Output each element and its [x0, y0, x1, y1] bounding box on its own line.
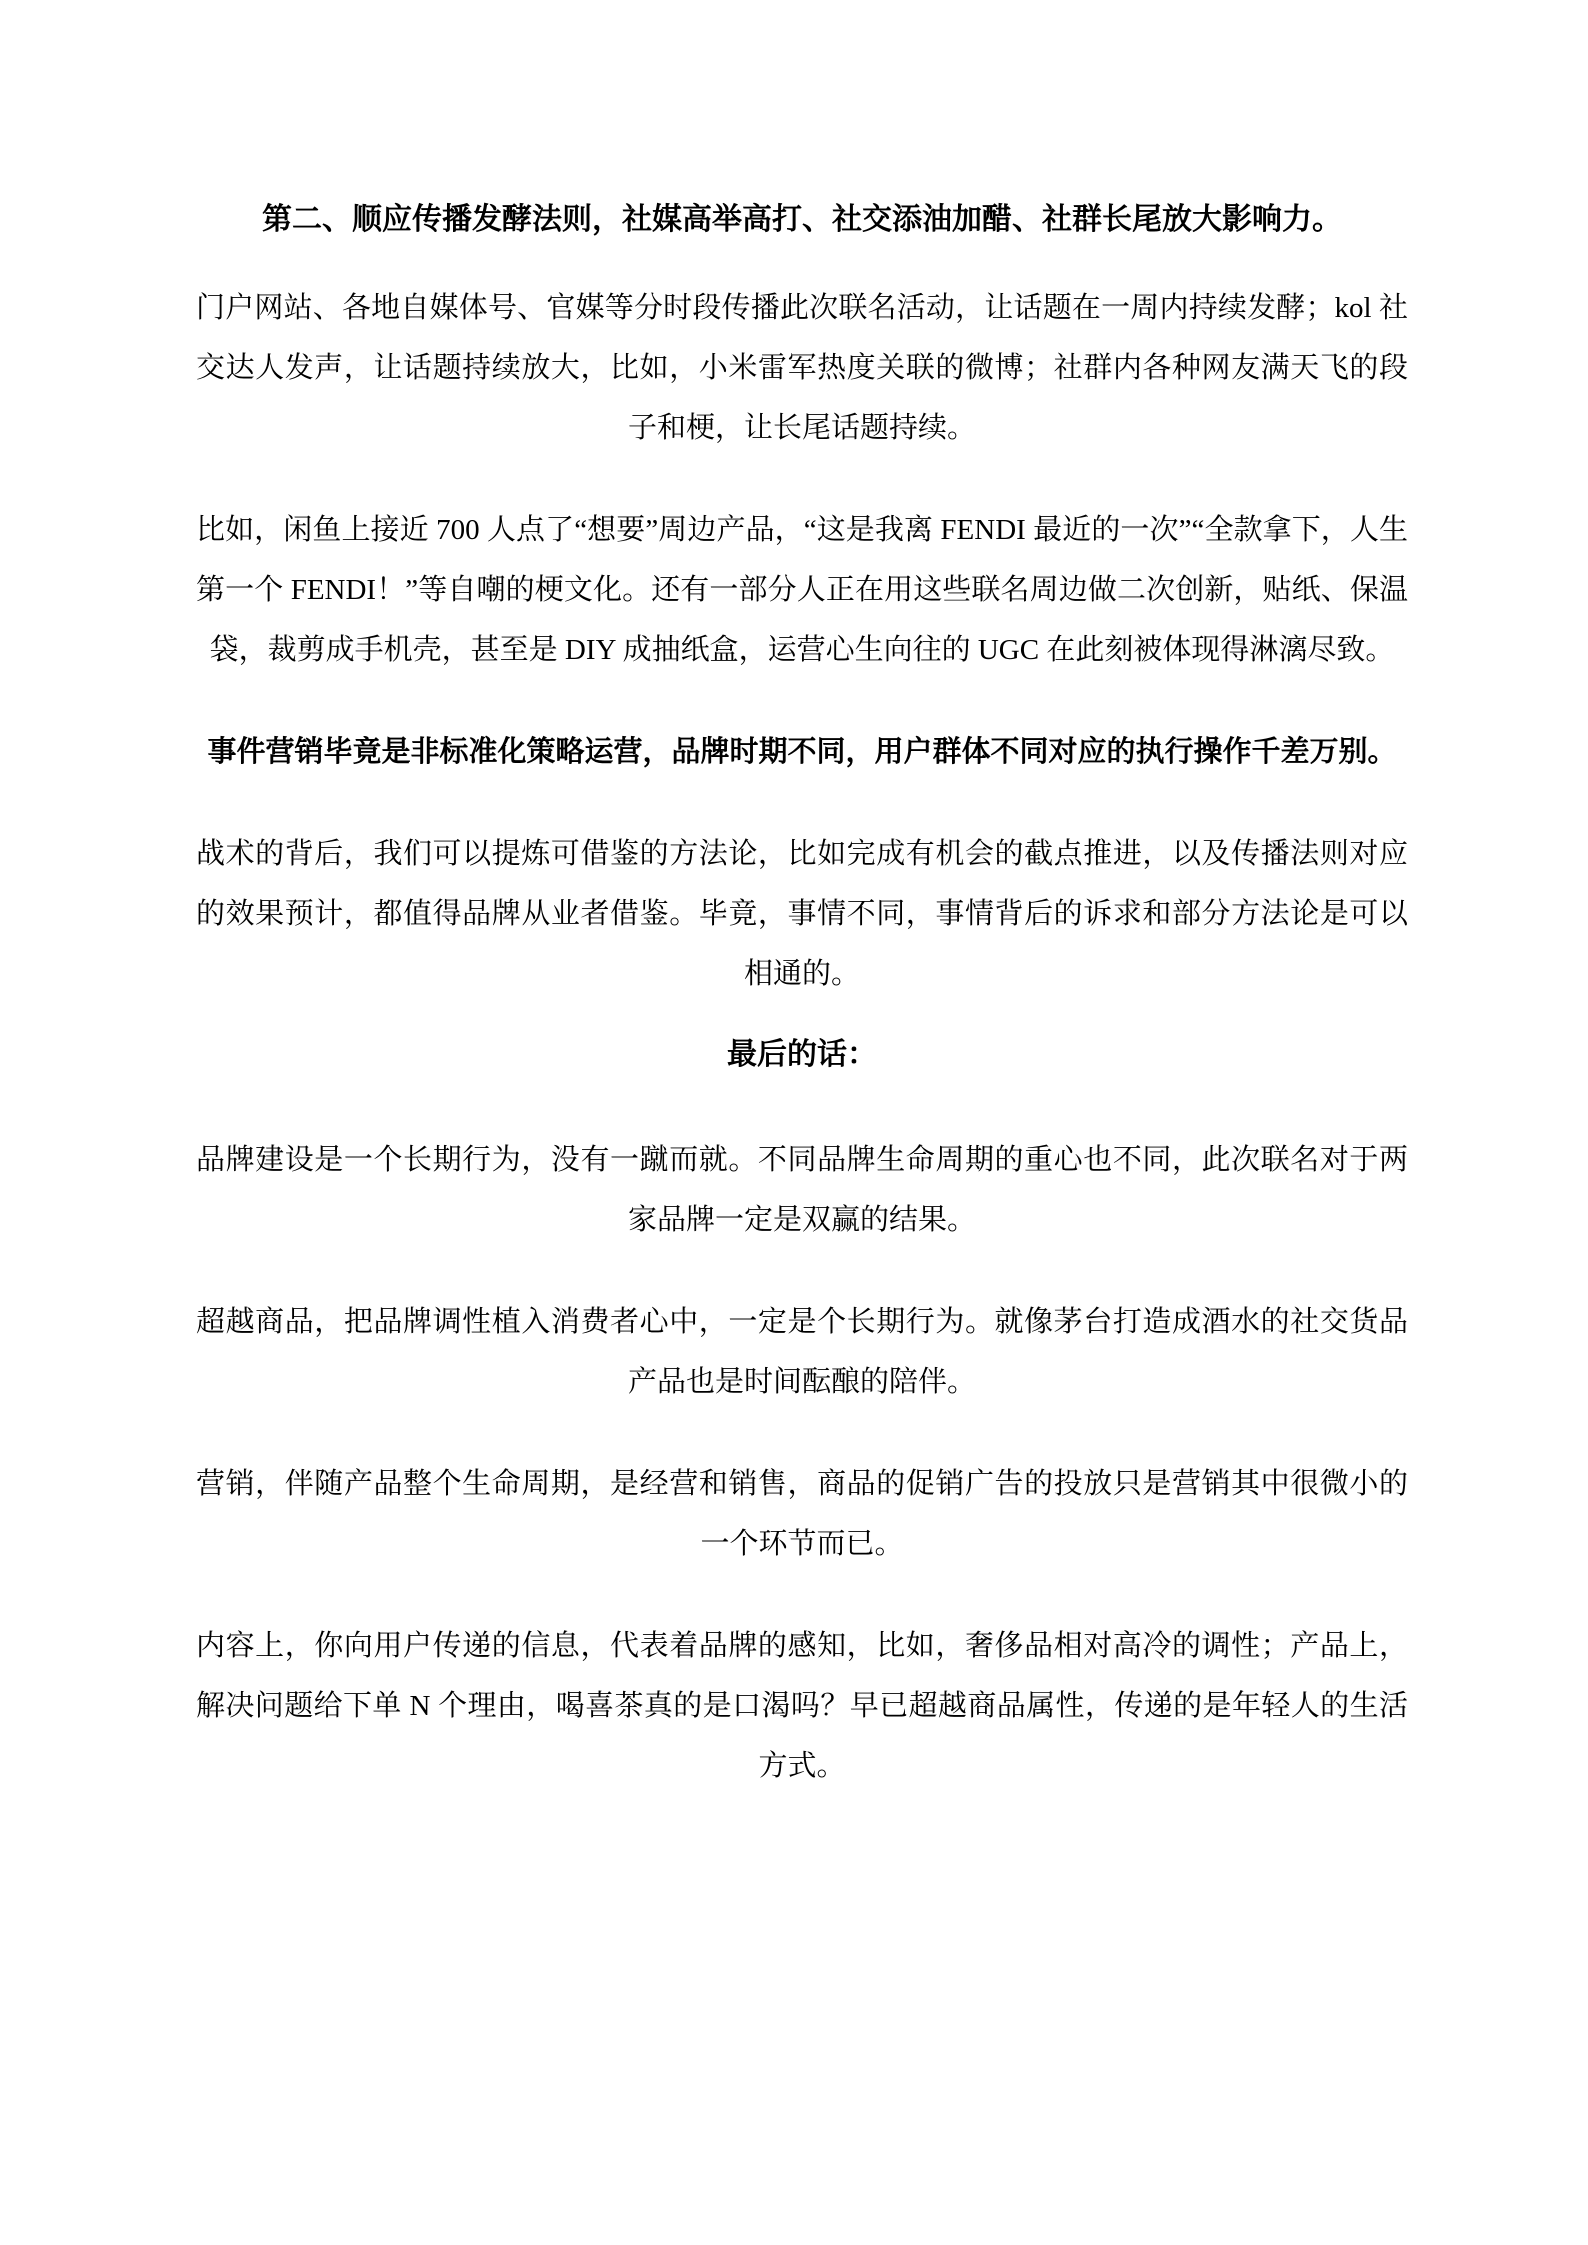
paragraph-content-product: 内容上，你向用户传递的信息，代表着品牌的感知，比如，奢侈品相对高冷的调性；产品上… — [196, 1616, 1408, 1796]
document-page: 第二、顺应传播发酵法则，社媒高举高打、社交添油加醋、社群长尾放大影响力。 门户网… — [0, 0, 1588, 2245]
paragraph-marketing-lifecycle: 营销，伴随产品整个生命周期，是经营和销售，商品的促销广告的投放只是营销其中很微小… — [196, 1454, 1408, 1574]
paragraph-brand-building: 品牌建设是一个长期行为，没有一蹴而就。不同品牌生命周期的重心也不同，此次联名对于… — [196, 1130, 1408, 1250]
document-content: 第二、顺应传播发酵法则，社媒高举高打、社交添油加醋、社群长尾放大影响力。 门户网… — [0, 0, 1588, 1796]
paragraph-beyond-goods: 超越商品，把品牌调性植入消费者心中，一定是个长期行为。就像茅台打造成酒水的社交货… — [196, 1292, 1408, 1412]
subheading-final-words: 最后的话： — [196, 1025, 1408, 1085]
paragraph-spread-law: 门户网站、各地自媒体号、官媒等分时段传播此次联名活动，让话题在一周内持续发酵；k… — [196, 278, 1408, 458]
paragraph-xianyu-fendi: 比如，闲鱼上接近 700 人点了“想要”周边产品，“这是我离 FENDI 最近的… — [196, 500, 1408, 680]
section-title: 第二、顺应传播发酵法则，社媒高举高打、社交添油加醋、社群长尾放大影响力。 — [196, 190, 1408, 250]
paragraph-event-marketing-bold: 事件营销毕竟是非标准化策略运营，品牌时期不同，用户群体不同对应的执行操作千差万别… — [196, 722, 1408, 782]
paragraph-tactics-methodology: 战术的背后，我们可以提炼可借鉴的方法论，比如完成有机会的截点推进，以及传播法则对… — [196, 824, 1408, 1004]
